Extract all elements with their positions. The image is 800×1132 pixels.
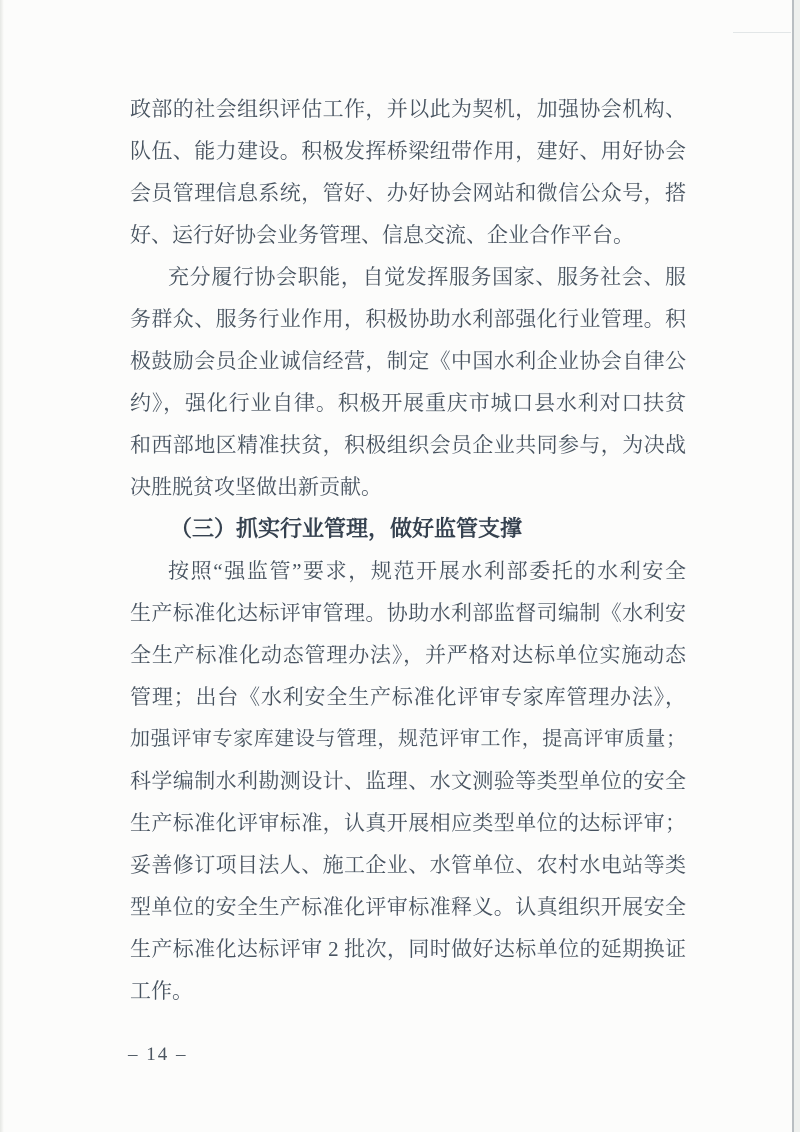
document-text-block: 政部的社会组织评估工作，并以此为契机，加强协会机构、 队伍、能力建设。积极发挥桥… [130, 88, 686, 1012]
body-line: 决胜脱贫攻坚做出新贡献。 [130, 466, 686, 508]
scan-artifact [733, 32, 791, 33]
body-line: 管理；出台《水利安全生产标准化评审专家库管理办法》， [130, 676, 686, 718]
body-line: 型单位的安全生产标准化评审标准释义。认真组织开展安全 [130, 886, 686, 928]
body-line: 好、运行好协会业务管理、信息交流、企业合作平台。 [130, 214, 686, 256]
body-line: 按照“强监管”要求，规范开展水利部委托的水利安全 [130, 550, 686, 592]
body-line: 生产标准化达标评审管理。协助水利部监督司编制《水利安 [130, 592, 686, 634]
body-line: 会员管理信息系统，管好、办好协会网站和微信公众号，搭 [130, 172, 686, 214]
body-line: 务群众、服务行业作用，积极协助水利部强化行业管理。积 [130, 298, 686, 340]
scan-edge-right-line [792, 0, 794, 1132]
body-line: 生产标准化评审标准，认真开展相应类型单位的达标评审； [130, 802, 686, 844]
body-line: 科学编制水利勘测设计、监理、水文测验等类型单位的安全 [130, 760, 686, 802]
body-line: 生产标准化达标评审 2 批次，同时做好达标单位的延期换证 [130, 928, 686, 970]
body-line: 加强评审专家库建设与管理，规范评审工作，提高评审质量； [130, 718, 686, 760]
body-line: 全生产标准化动态管理办法》，并严格对达标单位实施动态 [130, 634, 686, 676]
scanned-document-page: 政部的社会组织评估工作，并以此为契机，加强协会机构、 队伍、能力建设。积极发挥桥… [0, 0, 800, 1132]
body-line: 政部的社会组织评估工作，并以此为契机，加强协会机构、 [130, 88, 686, 130]
section-heading: （三）抓实行业管理，做好监管支撑 [130, 508, 686, 550]
body-line: 和西部地区精准扶贫，积极组织会员企业共同参与，为决战 [130, 424, 686, 466]
body-line: 队伍、能力建设。积极发挥桥梁纽带作用，建好、用好协会 [130, 130, 686, 172]
body-line: 约》，强化行业自律。积极开展重庆市城口县水利对口扶贫 [130, 382, 686, 424]
page-number: – 14 – [128, 1040, 218, 1070]
body-line: 极鼓励会员企业诚信经营，制定《中国水利企业协会自律公 [130, 340, 686, 382]
body-line: 妥善修订项目法人、施工企业、水管单位、农村水电站等类 [130, 844, 686, 886]
scan-edge-left [0, 0, 4, 1132]
body-line: 工作。 [130, 970, 686, 1012]
body-line: 充分履行协会职能，自觉发挥服务国家、服务社会、服 [130, 256, 686, 298]
